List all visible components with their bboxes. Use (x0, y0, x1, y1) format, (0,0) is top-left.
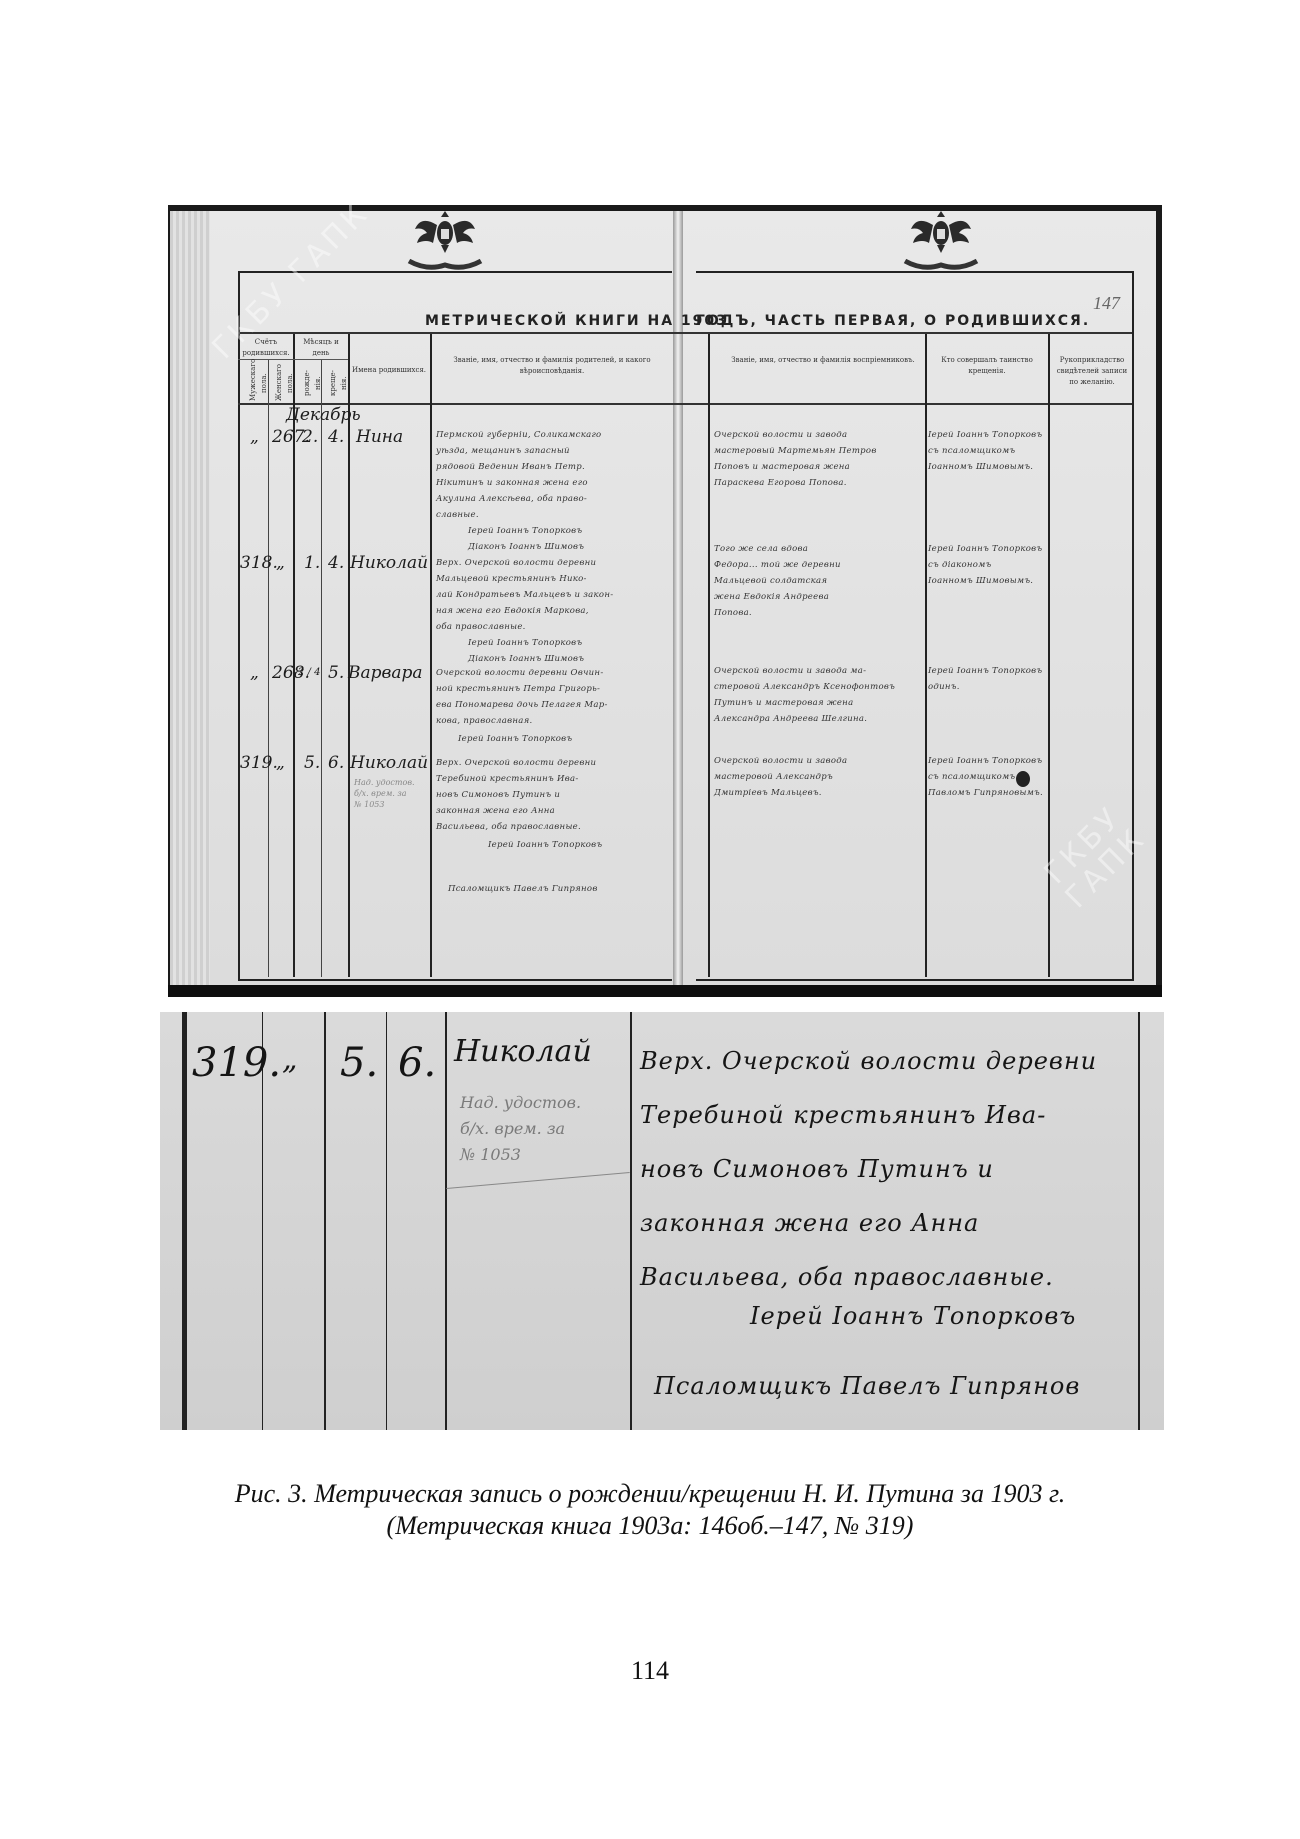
enlarged-record-photo: 319. „ 5. 6. Николай Над. удостов.б/х. в… (160, 1012, 1164, 1430)
entry-godparents: Очерской волости и заводамастеровой Алек… (714, 753, 847, 801)
folio-number: 147 (1093, 293, 1120, 314)
entry-godparents: Очерской волости и завода ма-стеровой Ал… (714, 663, 895, 727)
col-divider (630, 1012, 632, 1430)
entry-male-no: 318. (240, 553, 278, 573)
entry-signature: Іерей Іоаннъ ТопорковъДіаконъ Іоаннъ Шим… (468, 635, 584, 667)
entry-signature: Іерей Іоаннъ Топорковъ (488, 837, 602, 853)
pencil-annotation: Над. удостов.б/х. врем. за№ 1053 (354, 777, 415, 810)
entry-signature: Іерей Іоаннъ ТопорковъДіаконъ Іоаннъ Шим… (468, 523, 584, 555)
entry-signature: Псаломщикъ Павелъ Гипрянов (448, 881, 598, 897)
month-label: Декабрь (286, 405, 361, 425)
col-divider (182, 1012, 187, 1430)
header-witness: Рукоприкладство свидѣтелей записи по жел… (1052, 355, 1132, 388)
col-divider (708, 334, 710, 977)
record-number: 319. (192, 1040, 281, 1086)
header-male: Мужескаго пола. (248, 365, 270, 401)
pencil-annotation: Над. удостов.б/х. врем. за№ 1053 (460, 1090, 581, 1168)
entry-birth-day: 2. (302, 427, 318, 447)
double-headed-eagle-icon (405, 205, 485, 275)
ink-blot (1016, 771, 1030, 787)
entry-baptism-day: 4. (328, 427, 344, 447)
header-parents: Званіе, имя, отчество и фамилія родителе… (434, 355, 670, 377)
caption-line-1: Рис. 3. Метрическая запись о рождении/кр… (0, 1478, 1300, 1510)
baptism-day: 6. (398, 1040, 436, 1086)
register-photo: МЕТРИЧЕСКОЙ КНИГИ НА 1903 ГОДЪ, ЧАСТЬ ПЕ… (168, 205, 1162, 997)
entry-parents: Верх. Очерской волости деревниТеребиной … (436, 755, 596, 835)
entry-parents: Верх. Очерской волости деревниМальцевой … (436, 555, 613, 635)
col-divider (925, 334, 927, 977)
entry-godparents: Того же села вдоваФедора... той же дерев… (714, 541, 841, 621)
entry-male-no: „ (250, 427, 259, 447)
entry-birth-day: 1. (304, 553, 320, 573)
col-divider (268, 360, 269, 977)
col-divider (1138, 1012, 1140, 1430)
entry-performer: Іерей Іоаннъ Топорковъодинъ. (928, 663, 1042, 695)
entry-name: Нина (356, 427, 403, 447)
right-header-title: ГОДЪ, ЧАСТЬ ПЕРВАЯ, О РОДИВШИХСЯ. (696, 313, 1090, 329)
page-edges (170, 211, 210, 989)
header-godparents: Званіе, имя, отчество и фамилія воспріем… (728, 355, 918, 366)
col-divider (324, 1012, 326, 1430)
header-rule (238, 332, 1132, 334)
entry-male-no: „ (250, 663, 259, 683)
entry-baptism-day: 6. (328, 753, 344, 773)
col-divider (386, 1012, 387, 1430)
child-name: Николай (454, 1034, 592, 1069)
parents-text: Верх. Очерской волости деревни Теребиной… (640, 1034, 1097, 1304)
entry-signature: Іерей Іоаннъ Топорковъ (458, 731, 572, 747)
caption-line-2: (Метрическая книга 1903а: 146об.–147, № … (0, 1510, 1300, 1542)
entry-godparents: Очерской волости и заводамастеровый Март… (714, 427, 877, 491)
col-divider (445, 1012, 447, 1430)
entry-baptism-day: 5. (328, 663, 344, 683)
entry-parents: Очерской волости деревни Овчин-ной крест… (436, 665, 608, 729)
entry-female-no: „ (276, 753, 285, 773)
entry-performer: Іерей Іоаннъ Топорковъсъ псаломщикомъІоа… (928, 427, 1042, 475)
entry-female-no: „ (276, 553, 285, 573)
header-performer: Кто совершалъ таинство крещенія. (930, 355, 1044, 377)
header-names: Имена родившихся. (350, 365, 428, 376)
double-headed-eagle-icon (901, 205, 981, 275)
entry-parents: Пермской губерніи, Соликамскагоуѣзда, ме… (436, 427, 601, 523)
entry-name: Варвара (348, 663, 423, 683)
entry-baptism-day: 4. (328, 553, 344, 573)
psalmist-signature: Псаломщикъ Павелъ Гипрянов (654, 1372, 1080, 1400)
entry-male-no: 319. (240, 753, 278, 773)
header-baptism: креще-нія. (328, 365, 350, 401)
page-number: 114 (0, 1656, 1300, 1686)
col-divider (430, 334, 432, 977)
column-header-rule (238, 403, 1132, 405)
header-birth: рожде-нія. (302, 365, 324, 401)
figure-caption: Рис. 3. Метрическая запись о рождении/кр… (0, 1478, 1300, 1542)
entry-name: Николай (350, 553, 428, 573)
col-divider (348, 334, 350, 977)
pencil-underline (446, 1172, 629, 1189)
photo-shadow (168, 985, 1162, 997)
entry-birth-day: 2 / 4 (298, 667, 320, 678)
left-header-title: МЕТРИЧЕСКОЙ КНИГИ НА 1903 (425, 313, 728, 329)
entry-performer: Іерей Іоаннъ Топорковъсъ діакономъІоанно… (928, 541, 1042, 589)
col-divider (321, 360, 322, 977)
priest-signature: Іерей Іоаннъ Топорковъ (750, 1302, 1076, 1330)
entry-birth-day: 5. (304, 753, 320, 773)
birth-day: 5. (340, 1040, 378, 1086)
entry-name: Николай (350, 753, 428, 773)
header-female: Женскаго пола. (274, 365, 296, 401)
header-month-day: Мѣсяцъ и день (295, 337, 347, 359)
female-no: „ (282, 1042, 298, 1077)
